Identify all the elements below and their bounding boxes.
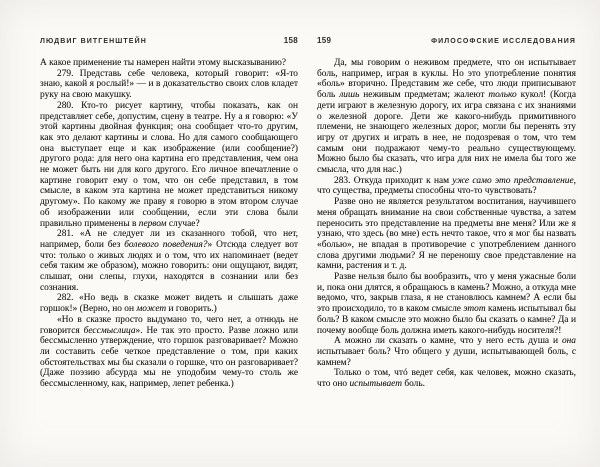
paragraph: Разве оно не является результатом воспит… <box>317 197 576 272</box>
body-text-segment: случае? <box>167 219 200 229</box>
emphasized-text: болевого поведения? <box>124 240 207 250</box>
right-page: 159 ФИЛОСОФСКИЕ ИССЛЕДОВАНИЯ Да, мы гово… <box>317 36 576 390</box>
emphasized-text: уже само это представление <box>452 176 573 186</box>
paragraph: 279. Представь себе человека, который го… <box>40 69 298 101</box>
right-page-header: 159 ФИЛОСОФСКИЕ ИССЛЕДОВАНИЯ <box>317 36 576 45</box>
body-text-segment: 283. Откуда приходит к нам <box>334 176 452 186</box>
right-page-number: 159 <box>317 36 331 45</box>
body-text-segment: 279. Представь себе человека, который го… <box>40 69 298 100</box>
paragraph: «Но в сказке просто выдумано то, чего не… <box>40 315 298 390</box>
left-page-number: 158 <box>284 36 298 45</box>
body-text-segment: А какое применение ты намерен найти этом… <box>40 58 286 68</box>
left-page-body: А какое применение ты намерен найти этом… <box>40 58 298 390</box>
emphasized-text: бессмыслица <box>84 326 136 336</box>
body-text-segment: боль. <box>402 379 425 389</box>
book-spread: ЛЮДВИГ ВИТГЕНШТЕЙН 158 А какое применени… <box>0 0 600 467</box>
paragraph: Только о том, чтó ведет себя, как челове… <box>317 368 576 389</box>
emphasized-text: может <box>136 304 166 314</box>
paragraph: А какое применение ты намерен найти этом… <box>40 58 298 69</box>
paragraph: 281. «А не следует ли из сказанного тобо… <box>40 229 298 293</box>
paragraph: А можно ли сказать о камне, что у него е… <box>317 336 576 368</box>
running-title-book: ФИЛОСОФСКИЕ ИССЛЕДОВАНИЯ <box>431 38 576 45</box>
paragraph: Да, мы говорим о неживом предмете, что о… <box>317 58 576 176</box>
right-page-body: Да, мы говорим о неживом предмете, что о… <box>317 58 576 390</box>
body-text-segment: ». Не так это просто. Разве ложно или бе… <box>40 326 298 390</box>
running-title-author: ЛЮДВИГ ВИТГЕНШТЕЙН <box>40 38 147 45</box>
body-text-segment: Разве оно не является результатом воспит… <box>317 197 576 271</box>
emphasized-text: лишь <box>339 90 359 100</box>
body-text-segment: 280. Кто-то рисует картину, чтобы показа… <box>40 101 298 229</box>
paragraph: 283. Откуда приходит к нам уже само это … <box>317 176 576 197</box>
emphasized-text: этот <box>463 304 485 314</box>
left-page: ЛЮДВИГ ВИТГЕНШТЕЙН 158 А какое применени… <box>40 36 298 390</box>
body-text-segment: испытывает боль? Что общего у души, испы… <box>317 347 576 368</box>
body-text-segment: неживым предметам; жалеют <box>359 90 488 100</box>
paragraph: 282. «Но ведь в сказке может видеть и сл… <box>40 293 298 314</box>
left-page-header: ЛЮДВИГ ВИТГЕНШТЕЙН 158 <box>40 36 298 45</box>
emphasized-text: она <box>562 336 576 346</box>
emphasized-text: первом <box>139 219 167 229</box>
body-text-segment: А можно ли сказать о камне, что у него е… <box>334 336 562 346</box>
emphasized-text: только <box>488 90 516 100</box>
paragraph: 280. Кто-то рисует картину, чтобы показа… <box>40 101 298 229</box>
emphasized-text: испытывает <box>349 379 402 389</box>
body-text-segment: и говорить.) <box>166 304 217 314</box>
body-text-segment: кукол! (Когда дети играют в железную дор… <box>317 90 576 175</box>
paragraph: Разве нельзя было бы вообразить, что у м… <box>317 272 576 336</box>
